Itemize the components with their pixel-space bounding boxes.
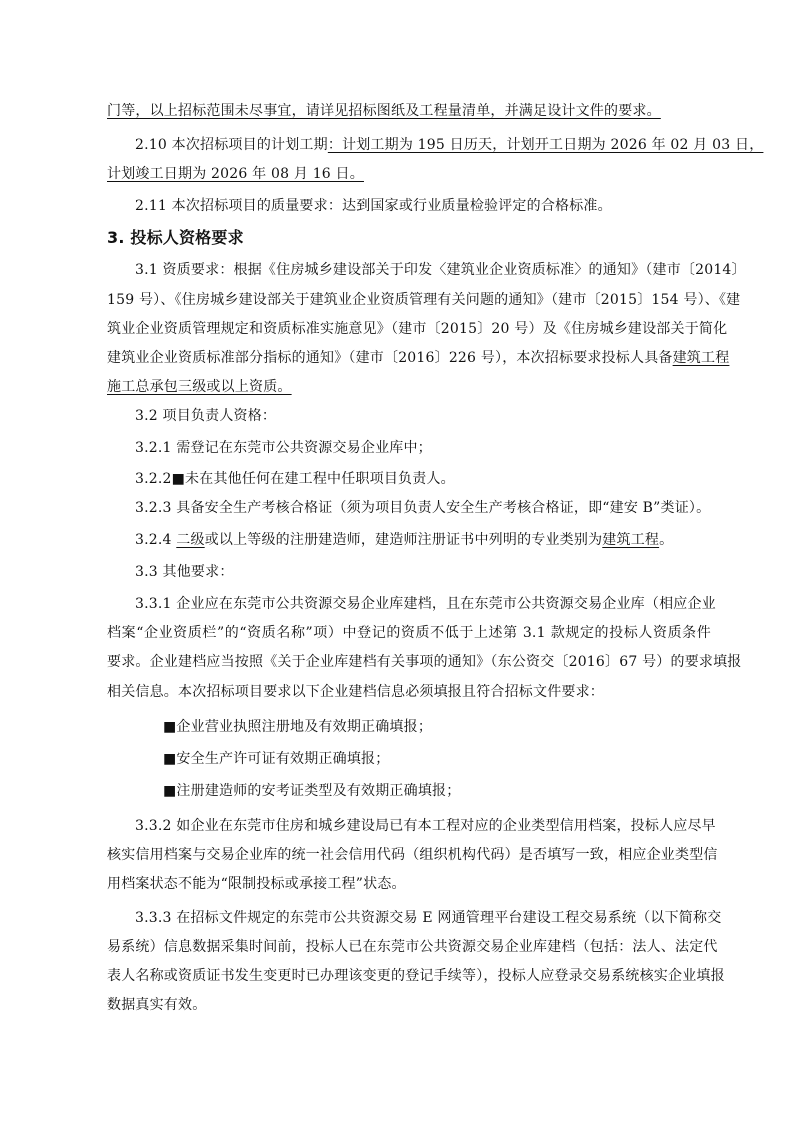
item-3-1-line-1: 3.1 资质要求：根据《住房城乡建设部关于印发〈建筑业企业资质标准〉的通知》（建… [135,260,711,280]
item-3-2-4-end: 。 [659,532,673,548]
item-3-3-3-line-3: 表人名称或资质证书发生变更时已办理该变更的登记手续等），投标人应登录交易系统核实… [107,966,711,986]
item-3-3-2-line-3: 用档案状态不能为“限制投标或承接工程”状态。 [107,874,711,894]
item-3-2: 3.2 项目负责人资格： [135,406,711,426]
item-3-3-3-line-4: 数据真实有效。 [107,995,711,1015]
bullet-business-license: ■企业营业执照注册地及有效期正确填报； [163,717,711,737]
item-3-3: 3.3 其他要求： [135,562,711,582]
item-3-3-3-line-1: 3.3.3 在招标文件规定的东莞市公共资源交易 E 网通管理平台建设工程交易系统… [135,908,711,928]
item-3-3-1-line-2: 档案“企业资质栏”的“资质名称”项）中登记的资质不低于上述第 3.1 款规定的投… [107,623,711,643]
bullet-constructor-cert: ■注册建造师的安考证类型及有效期正确填报； [163,781,711,801]
item-2-10-line-2: 计划竣工日期为 2026 年 08 月 16 日。 [107,164,711,184]
item-3-2-2: 3.2.2■未在其他任何在建工程中任职项目负责人。 [135,469,711,489]
item-3-3-1-line-4: 相关信息。本次招标项目要求以下企业建档信息必须填报且符合招标文件要求： [107,682,711,702]
constructor-specialty: 建筑工程 [602,532,659,548]
section-3-heading: 3. 投标人资格要求 [107,228,711,248]
scope-continuation-line: 门等，以上招标范围未尽事宜，请详见招标图纸及工程量清单，并满足设计文件的要求。 [107,101,711,121]
item-3-1-line-5: 施工总承包三级或以上资质。 [107,377,711,397]
document-page: 门等，以上招标范围未尽事宜，请详见招标图纸及工程量清单，并满足设计文件的要求。 … [0,0,794,1123]
item-3-1-line-4: 建筑业企业资质标准部分指标的通知》（建市〔2016〕226 号），本次招标要求投… [107,348,711,368]
item-3-3-1-line-3: 要求。企业建档应当按照《关于企业库建档有关事项的通知》（东公资交〔2016〕67… [107,652,711,672]
item-3-3-2-line-1: 3.3.2 如企业在东莞市住房和城乡建设局已有本工程对应的企业类型信用档案，投标… [135,816,711,836]
item-3-3-3-line-2: 易系统）信息数据采集时间前，投标人已在东莞市公共资源交易企业库建档（包括：法人、… [107,937,711,957]
item-3-2-1: 3.2.1 需登记在东莞市公共资源交易企业库中； [135,438,711,458]
constructor-grade: 二级 [176,532,204,548]
item-2-11: 2.11 本次招标项目的质量要求：达到国家或行业质量检验评定的合格标准。 [135,196,711,216]
item-3-2-3: 3.2.3 具备安全生产考核合格证（须为项目负责人安全生产考核合格证，即“建安 … [135,498,711,518]
item-3-1-line-2: 159 号）、《住房城乡建设部关于建筑业企业资质管理有关问题的通知》（建市〔20… [107,290,711,310]
item-3-1-text: 建筑业企业资质标准部分指标的通知》（建市〔2016〕226 号），本次招标要求投… [107,350,673,366]
item-2-10-label: 2.10 本次招标项目的计划工期 [135,137,328,153]
item-2-10-line-1: 2.10 本次招标项目的计划工期：计划工期为 195 日历天，计划开工日期为 2… [135,135,711,155]
qualification-category: 建筑工程 [673,350,730,366]
item-2-10-schedule: ：计划工期为 195 日历天，计划开工日期为 2026 年 02 月 03 日， [328,137,764,153]
item-3-2-4-number: 3.2.4 [135,532,176,548]
item-3-3-2-line-2: 核实信用档案与交易企业库的统一社会信用代码（组织机构代码）是否填写一致，相应企业… [107,845,711,865]
bullet-safety-permit: ■安全生产许可证有效期正确填报； [163,749,711,769]
item-3-2-4: 3.2.4 二级或以上等级的注册建造师，建造师注册证书中列明的专业类别为建筑工程… [135,530,711,550]
item-3-2-4-text: 或以上等级的注册建造师，建造师注册证书中列明的专业类别为 [205,532,603,548]
item-3-3-1-line-1: 3.3.1 企业应在东莞市公共资源交易企业库建档，且在东莞市公共资源交易企业库（… [135,594,711,614]
item-3-1-line-3: 筑业企业资质管理规定和资质标准实施意见》（建市〔2015〕20 号）及《住房城乡… [107,319,711,339]
